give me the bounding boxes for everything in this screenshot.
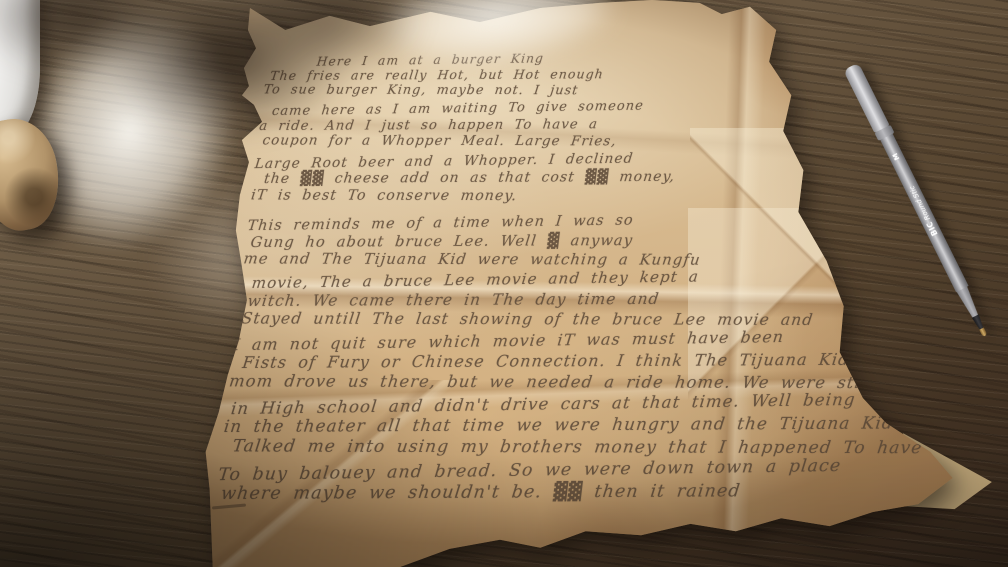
letter-paragraph: This reminds me of a time when I was soG… [215, 211, 910, 506]
pen-brand-text: BIC [924, 220, 939, 237]
hand-shadow [0, 0, 480, 188]
pen-size-label: M [890, 150, 903, 164]
photo-scene: Here I am at a burger KingThe fries are … [0, 0, 1008, 567]
letter-line: iT is best To conserve money. [250, 186, 912, 206]
pen-ballpoint [979, 328, 987, 337]
